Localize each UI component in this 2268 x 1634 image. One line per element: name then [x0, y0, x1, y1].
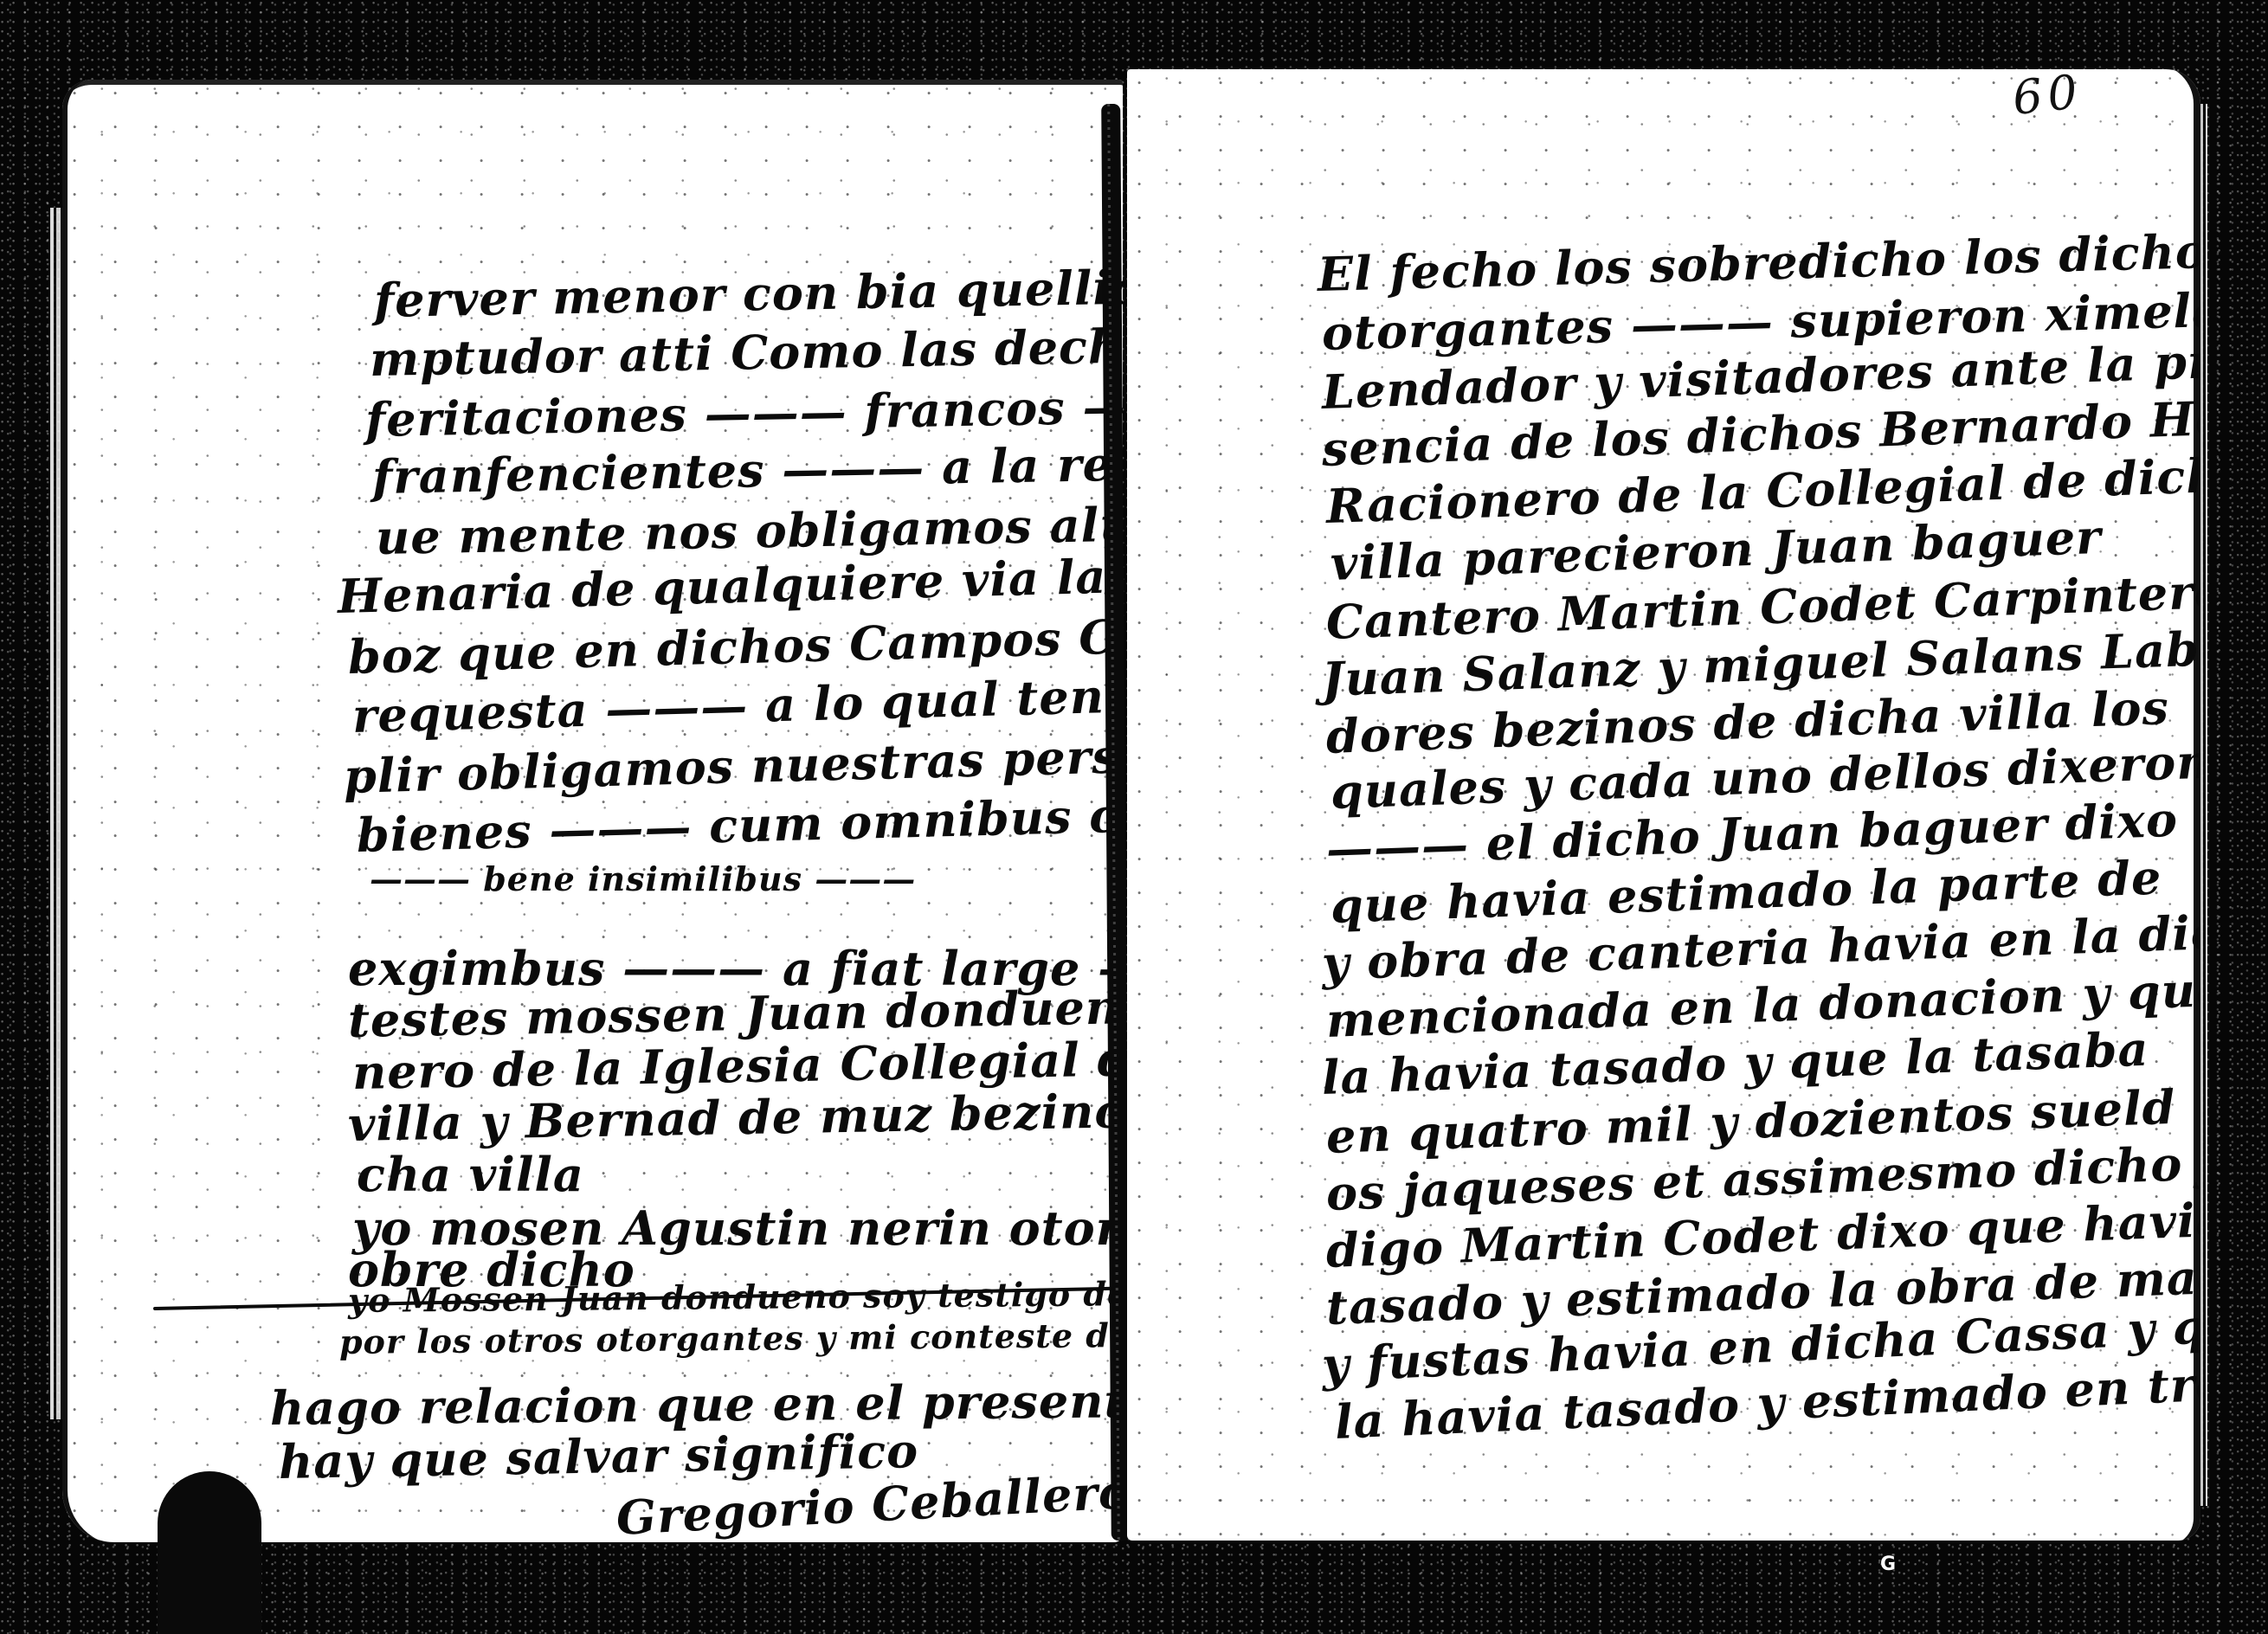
- binding-tab: [158, 1471, 261, 1634]
- manuscript-line: ——— bene insimilibus ———: [370, 863, 916, 896]
- manuscript-line: villa y Bernad de muz bezino de di: [348, 1084, 1123, 1148]
- manuscript-line: cha villa: [357, 1151, 584, 1198]
- folio-number: 60: [2010, 64, 2085, 125]
- manuscript-line: hay que salvar significo: [279, 1427, 919, 1485]
- right-page: El fecho los sobredicho los dichos otorg…: [1127, 69, 2200, 1541]
- manuscript-line: mptudor atti Como las dechas la: [370, 320, 1123, 383]
- manuscript-line: franfencientes ——— a la re de la: [372, 438, 1123, 500]
- manuscript-line: feritaciones ——— francos ———: [365, 382, 1123, 443]
- scanner-mark: G: [1880, 1554, 1896, 1575]
- left-page: ferver menor con bia quellia la mptudor …: [62, 80, 1123, 1542]
- manuscript-line: hago relacion que en el presente acto no: [270, 1375, 1123, 1431]
- manuscript-line: ferver menor con bia quellia la: [374, 262, 1123, 324]
- manuscript-line: boz que en dichos Campos Catta: [347, 611, 1123, 680]
- manuscript-line: por los otros otorgantes y mi conteste d…: [339, 1316, 1123, 1359]
